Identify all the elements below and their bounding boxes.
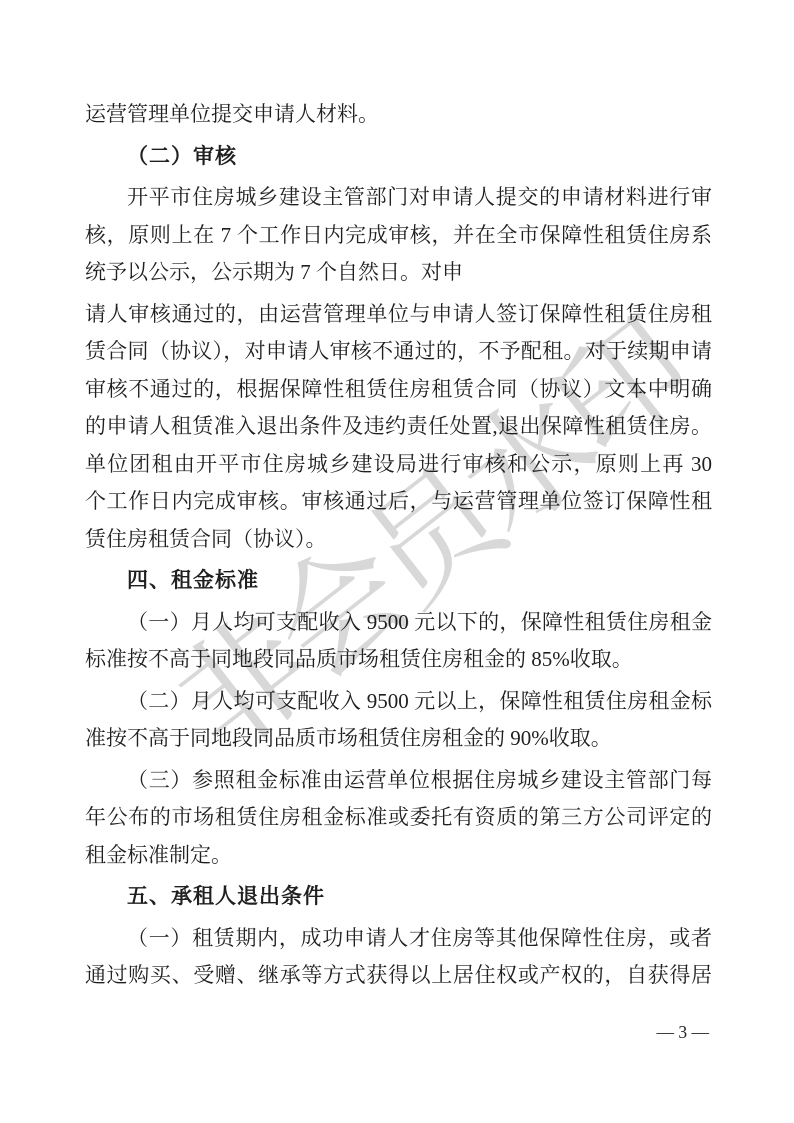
heading-line: 四、租金标准 bbox=[85, 562, 712, 600]
text-line: （二）月人均可支配收入 9500 元以上，保障性租赁住房租金标 bbox=[85, 683, 712, 721]
text-line: 准按不高于同地段同品质市场租赁住房租金的 90%收取。 bbox=[85, 720, 712, 758]
section-heading: 四、租金标准 bbox=[85, 562, 712, 600]
text-line: 标准按不高于同地段同品质市场租赁住房租金的 85%收取。 bbox=[85, 641, 712, 679]
document-body: 运营管理单位提交申请人材料。（二）审核开平市住房城乡建设主管部门对申请人提交的申… bbox=[85, 96, 712, 995]
text-line: （三）参照租金标准由运营单位根据住房城乡建设主管部门每 bbox=[85, 762, 712, 800]
document-page: 非会员水印 运营管理单位提交申请人材料。（二）审核开平市住房城乡建设主管部门对申… bbox=[0, 0, 794, 1123]
text-line: 运营管理单位提交申请人材料。 bbox=[85, 96, 712, 134]
text-line: 年公布的市场租赁住房租金标准或委托有资质的第三方公司评定的 bbox=[85, 799, 712, 837]
page-number: — 3 — bbox=[657, 1022, 710, 1042]
text-line: 赁合同（协议），对申请人审核不通过的，不予配租。对于续期申请 bbox=[85, 333, 712, 371]
section-heading: 五、承租人退出条件 bbox=[85, 878, 712, 916]
paragraph: 开平市住房城乡建设主管部门对申请人提交的申请材料进行审核，原则上在 7 个工作日… bbox=[85, 179, 712, 292]
paragraph: （一）租赁期内，成功申请人才住房等其他保障性住房，或者通过购买、受赠、继承等方式… bbox=[85, 920, 712, 995]
paragraph: （三）参照租金标准由运营单位根据住房城乡建设主管部门每年公布的市场租赁住房租金标… bbox=[85, 762, 712, 875]
section-heading: （二）审核 bbox=[85, 138, 712, 176]
paragraph: （二）月人均可支配收入 9500 元以上，保障性租赁住房租金标准按不高于同地段同… bbox=[85, 683, 712, 758]
text-line: 请人审核通过的，由运营管理单位与申请人签订保障性租赁住房租 bbox=[85, 296, 712, 334]
text-line: （一）月人均可支配收入 9500 元以下的，保障性租赁住房租金 bbox=[85, 604, 712, 642]
text-line: 个工作日内完成审核。审核通过后，与运营管理单位签订保障性租 bbox=[85, 483, 712, 521]
paragraph: 运营管理单位提交申请人材料。 bbox=[85, 96, 712, 134]
text-line: 的申请人租赁准入退出条件及违约责任处置,退出保障性租赁住房。 bbox=[85, 408, 712, 446]
heading-line: （二）审核 bbox=[85, 138, 712, 176]
text-line: 开平市住房城乡建设主管部门对申请人提交的申请材料进行审 bbox=[85, 179, 712, 217]
text-line: 赁住房租赁合同（协议）。 bbox=[85, 521, 712, 559]
paragraph: 请人审核通过的，由运营管理单位与申请人签订保障性租赁住房租赁合同（协议），对申请… bbox=[85, 296, 712, 559]
paragraph: （一）月人均可支配收入 9500 元以下的，保障性租赁住房租金标准按不高于同地段… bbox=[85, 604, 712, 679]
text-line: 通过购买、受赠、继承等方式获得以上居住权或产权的，自获得居 bbox=[85, 957, 712, 995]
text-line: 核，原则上在 7 个工作日内完成审核，并在全市保障性租赁住房系 bbox=[85, 217, 712, 255]
text-line: 统予以公示，公示期为 7 个自然日。对申 bbox=[85, 254, 712, 292]
heading-line: 五、承租人退出条件 bbox=[85, 878, 712, 916]
text-line: 单位团租由开平市住房城乡建设局进行审核和公示，原则上再 30 bbox=[85, 446, 712, 484]
text-line: 审核不通过的，根据保障性租赁住房租赁合同（协议）文本中明确 bbox=[85, 371, 712, 409]
text-line: 租金标准制定。 bbox=[85, 837, 712, 875]
text-line: （一）租赁期内，成功申请人才住房等其他保障性住房，或者 bbox=[85, 920, 712, 958]
